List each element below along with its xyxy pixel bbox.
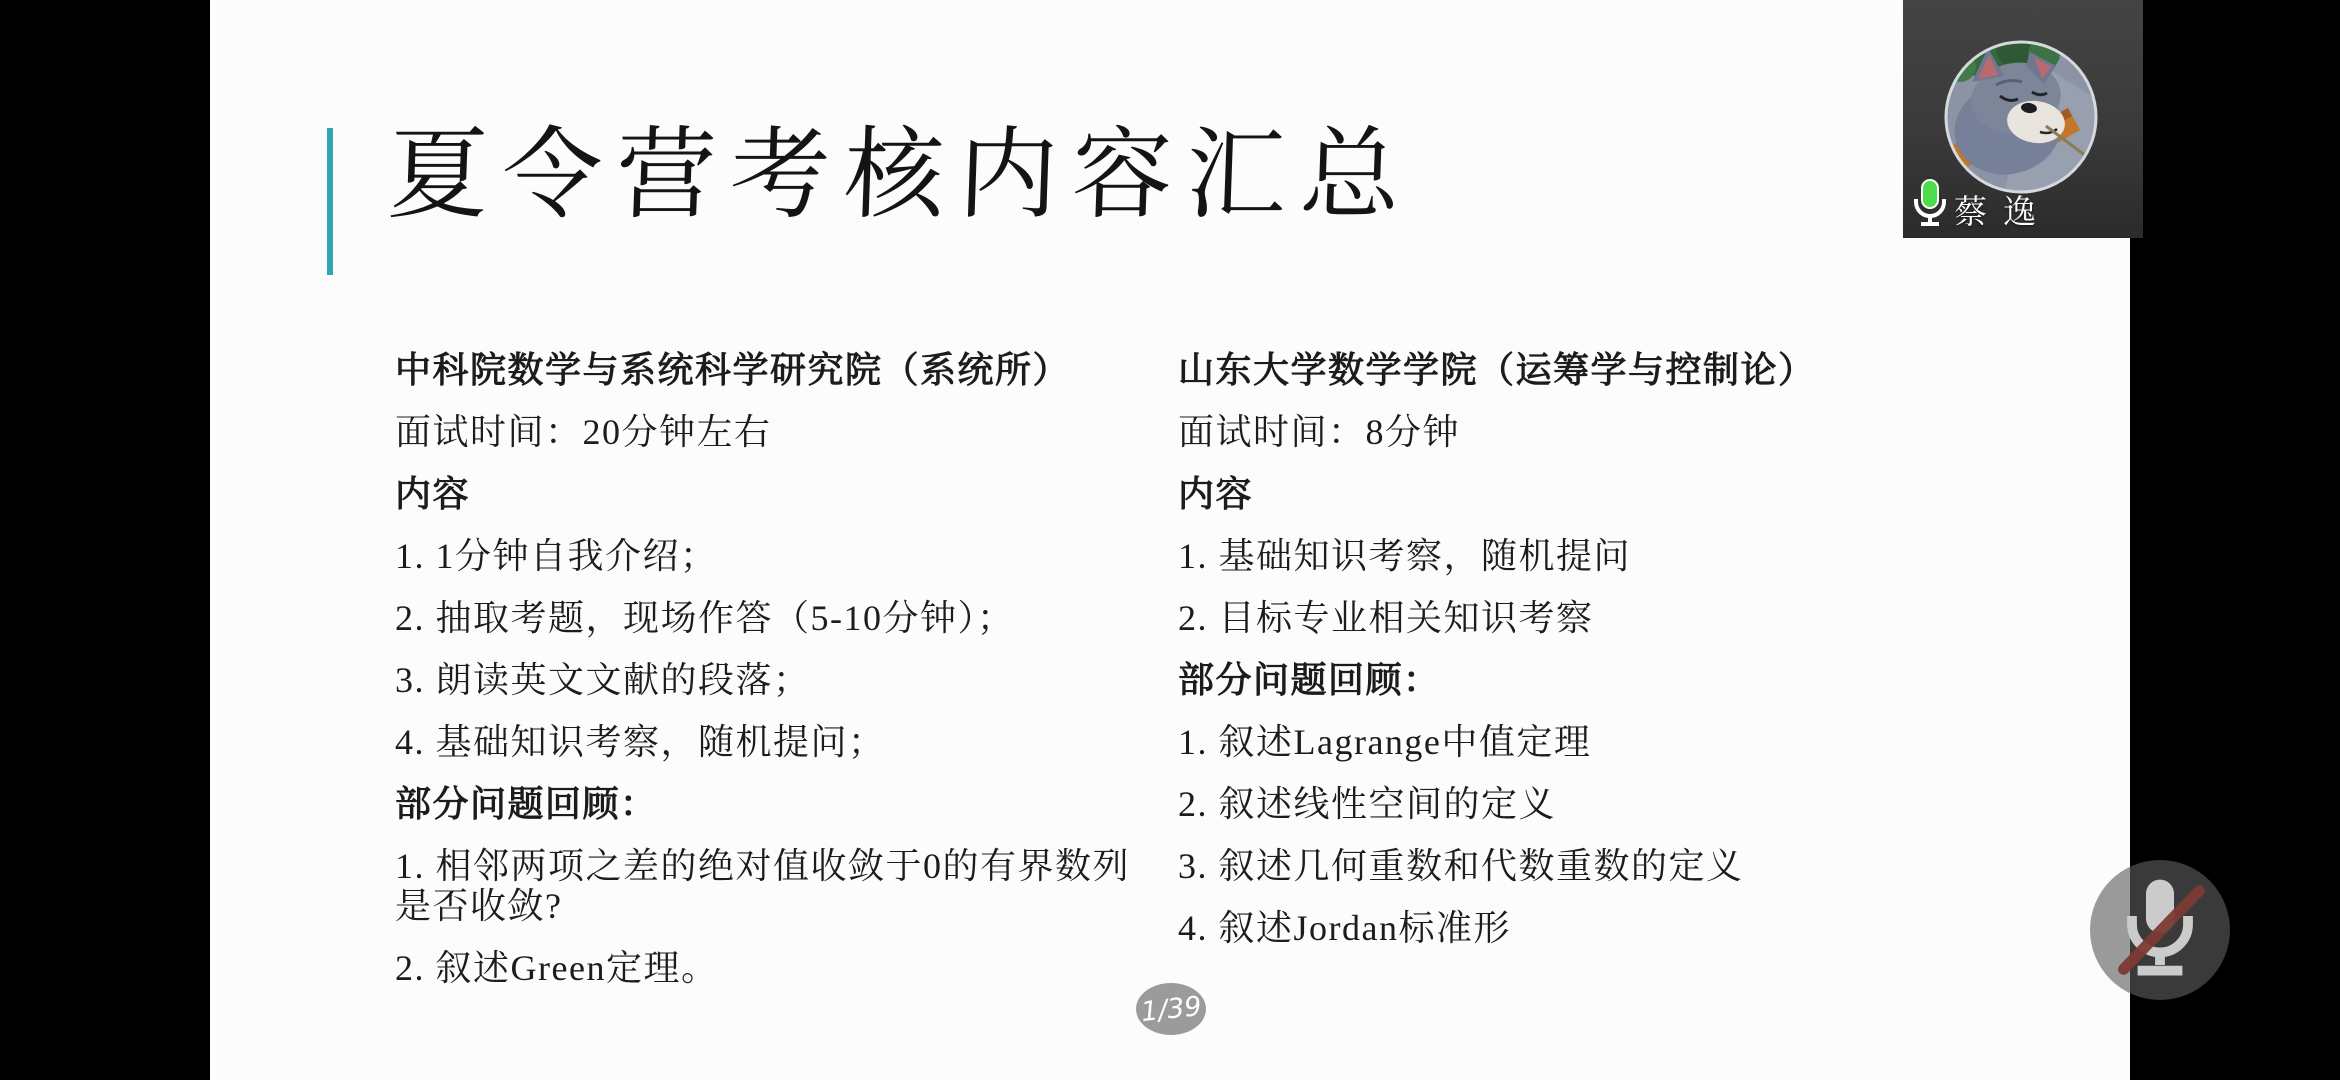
column-right-lines: 面试时间：8分钟内容1. 基础知识考察，随机提问2. 目标专业相关知识考察部分问… <box>1178 412 1898 948</box>
column-left-heading: 中科院数学与系统科学研究院（系统所） <box>395 350 1143 390</box>
content-line: 部分问题回顾： <box>395 784 1143 824</box>
mute-microphone-button[interactable] <box>2090 860 2230 1000</box>
screen: 夏令营考核内容汇总 中科院数学与系统科学研究院（系统所） 面试时间：20分钟左右… <box>0 0 2340 1080</box>
title-accent-bar <box>327 128 333 275</box>
content-line: 部分问题回顾： <box>1178 660 1898 700</box>
content-line: 内容 <box>1178 474 1898 514</box>
content-line: 3. 叙述几何重数和代数重数的定义 <box>1178 846 1898 886</box>
column-left-lines: 面试时间：20分钟左右内容1. 1分钟自我介绍；2. 抽取考题，现场作答（5-1… <box>395 412 1143 988</box>
content-line: 2. 叙述线性空间的定义 <box>1178 784 1898 824</box>
page-indicator-badge: 1/39 <box>1136 983 1206 1035</box>
content-line: 面试时间：8分钟 <box>1178 412 1898 452</box>
microphone-muted-icon <box>2090 860 2230 1000</box>
content-line: 1. 基础知识考察，随机提问 <box>1178 536 1898 576</box>
content-line: 2. 目标专业相关知识考察 <box>1178 598 1898 638</box>
content-line: 2. 抽取考题，现场作答（5-10分钟）； <box>395 598 1143 638</box>
column-right-heading: 山东大学数学学院（运筹学与控制论） <box>1178 350 1898 390</box>
content-line: 4. 基础知识考察，随机提问； <box>395 722 1143 762</box>
avatar <box>1944 40 2098 194</box>
content-line: 2. 叙述Green定理。 <box>395 948 1143 988</box>
content-line: 面试时间：20分钟左右 <box>395 412 1143 452</box>
tom-cat-avatar-image <box>1944 40 2098 194</box>
content-line: 1. 叙述Lagrange中值定理 <box>1178 722 1898 762</box>
content-line: 内容 <box>395 474 1143 514</box>
letterbox-left <box>0 0 210 1080</box>
participant-name: 蔡逸 <box>1954 186 2052 233</box>
column-left: 中科院数学与系统科学研究院（系统所） 面试时间：20分钟左右内容1. 1分钟自我… <box>395 350 1143 1010</box>
participant-name-row: 蔡逸 <box>1912 178 2052 233</box>
presentation-slide: 夏令营考核内容汇总 中科院数学与系统科学研究院（系统所） 面试时间：20分钟左右… <box>210 0 2130 1080</box>
content-line: 4. 叙述Jordan标准形 <box>1178 908 1898 948</box>
content-line: 1. 相邻两项之差的绝对值收敛于0的有界数列是否收敛? <box>395 846 1143 926</box>
webcam-tile[interactable]: 蔡逸 <box>1903 0 2143 238</box>
content-line: 3. 朗读英文文献的段落； <box>395 660 1143 700</box>
content-line: 1. 1分钟自我介绍； <box>395 536 1143 576</box>
column-right: 山东大学数学学院（运筹学与控制论） 面试时间：8分钟内容1. 基础知识考察，随机… <box>1178 350 1898 970</box>
page-indicator: 1/39 <box>1139 990 1203 1027</box>
microphone-active-icon <box>1912 178 1948 228</box>
slide-title: 夏令营考核内容汇总 <box>385 96 1417 256</box>
